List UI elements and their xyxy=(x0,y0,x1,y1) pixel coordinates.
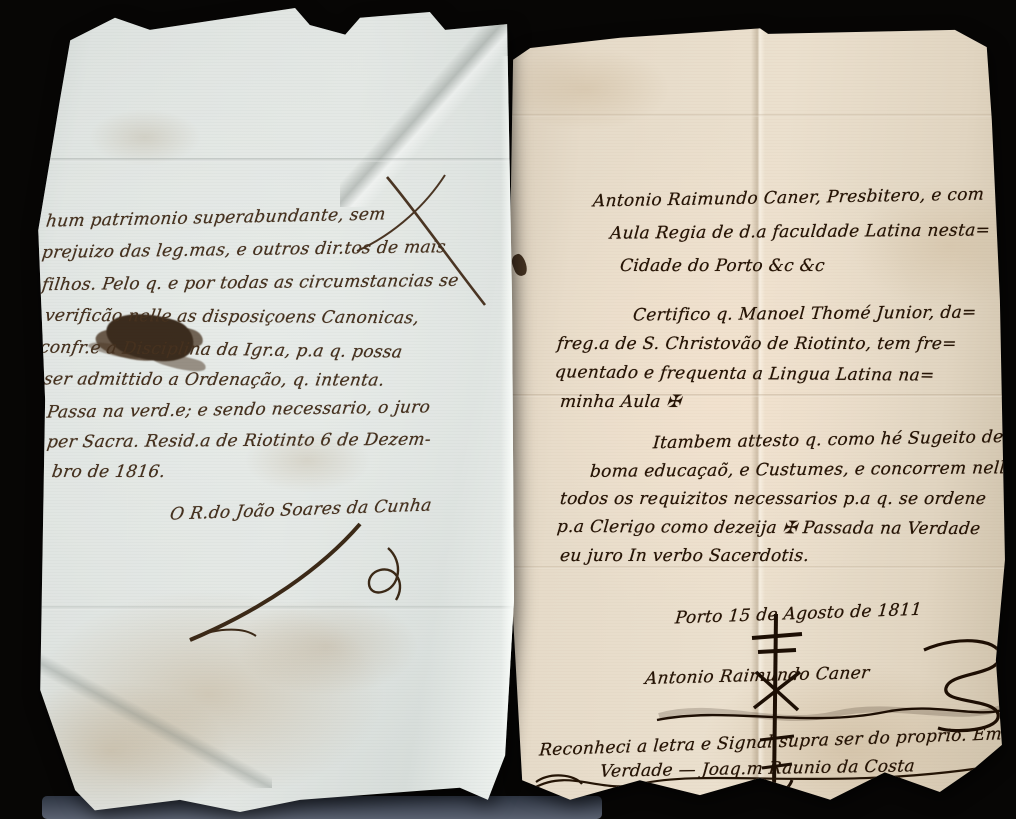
manuscript-line: Passa na verd.e; e sendo necessario, o j… xyxy=(46,397,432,422)
signature-flourish xyxy=(152,518,412,648)
manuscript-line: ser admittido a Ordenação, q. intenta. xyxy=(43,369,386,390)
fold-crease xyxy=(12,648,272,788)
manuscript-line: verificão nelle as disposiçoens Canonica… xyxy=(44,306,421,329)
left-document-page: hum patrimonio superabundante, sem preju… xyxy=(22,8,514,816)
manuscript-line: per Sacra. Resid.a de Riotinto 6 de Deze… xyxy=(46,430,433,453)
photo-backdrop: Antonio Raimundo Caner, Presbitero, e co… xyxy=(0,0,1016,819)
manuscript-line: bro de 1816. xyxy=(51,462,167,482)
manuscript-line: confr.e a Disciplina da Igr.a, p.a q. po… xyxy=(38,337,403,362)
fold-crease xyxy=(22,158,514,162)
left-page-wrapper: hum patrimonio superabundante, sem preju… xyxy=(0,0,1016,819)
paper-edge-highlight xyxy=(501,56,514,799)
